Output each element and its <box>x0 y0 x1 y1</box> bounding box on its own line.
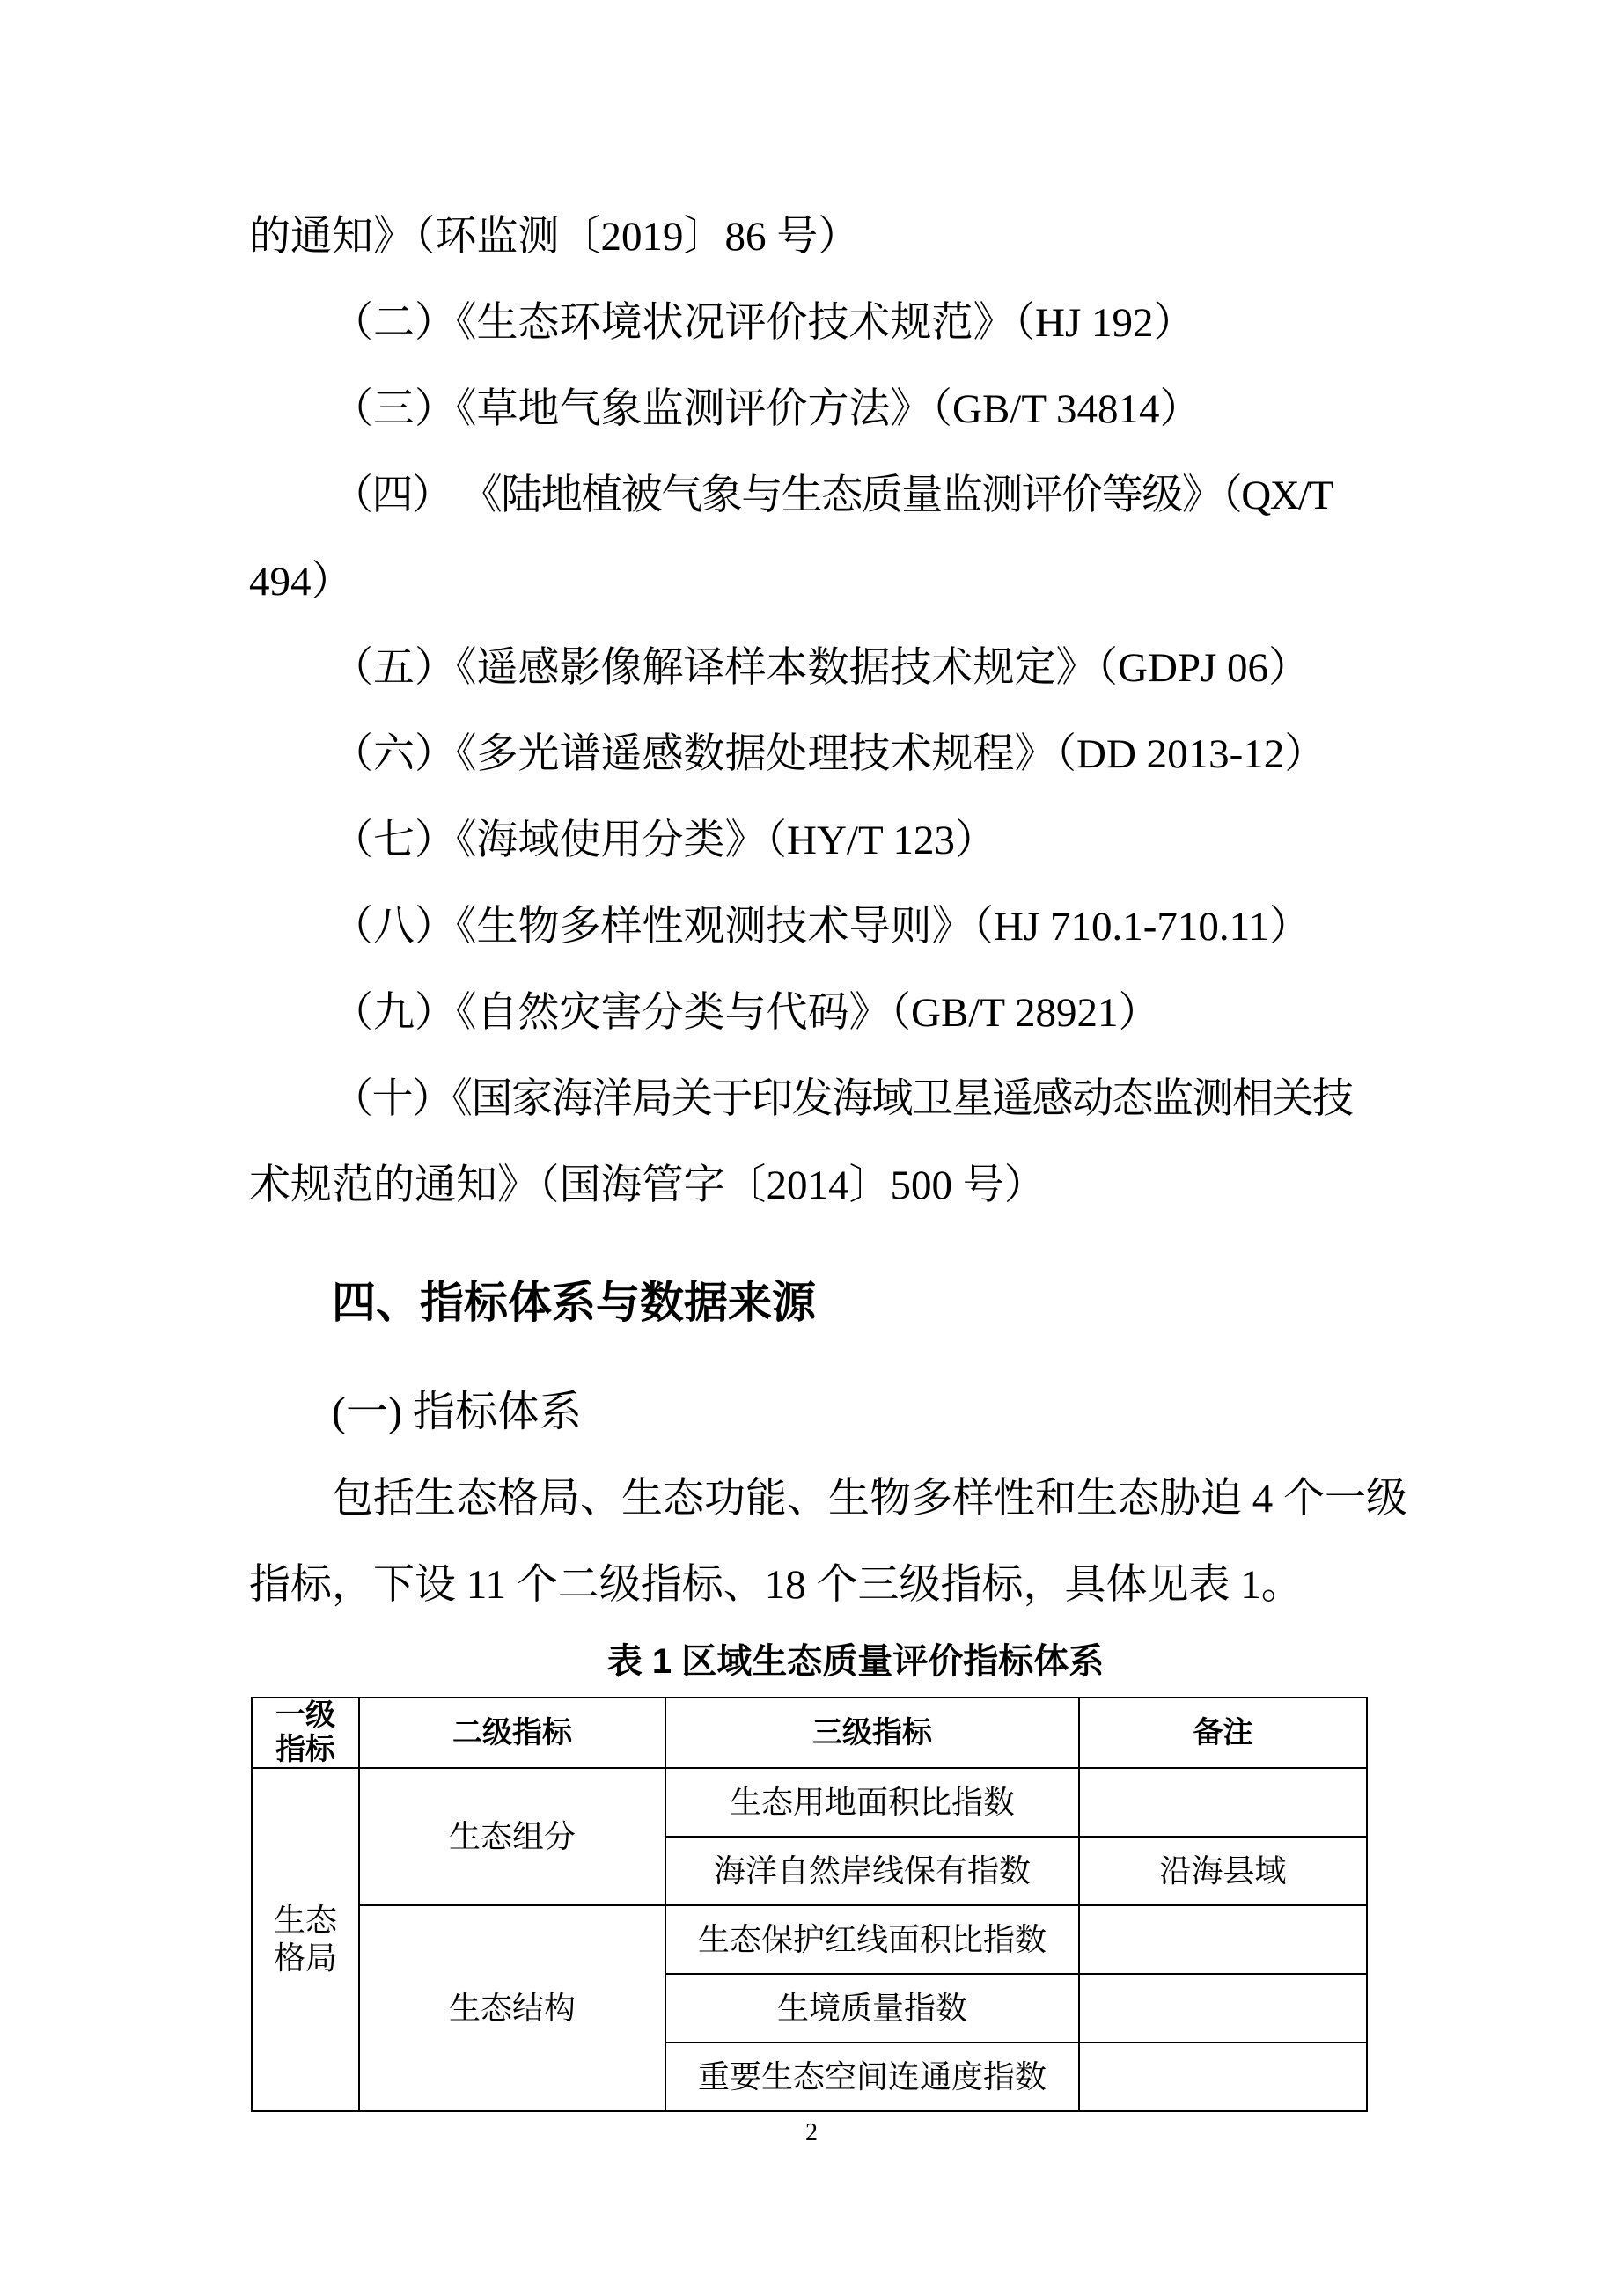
section-heading: 四、指标体系与数据来源 <box>249 1259 1374 1346</box>
table-cell-note <box>1079 1905 1367 1974</box>
table-header-note: 备注 <box>1079 1698 1367 1768</box>
table-row: 生态结构 生态保护红线面积比指数 <box>252 1905 1367 1974</box>
table-cell-level3: 生态保护红线面积比指数 <box>665 1905 1079 1974</box>
body-line-6: （五）《遥感影像解译样本数据技术规定》（GDPJ 06） <box>249 625 1374 711</box>
table-cell-level3: 生境质量指数 <box>665 1974 1079 2043</box>
table-cell-level2: 生态组分 <box>359 1768 665 1905</box>
table-cell-level3: 重要生态空间连通度指数 <box>665 2043 1079 2111</box>
body-line-3: （三）《草地气象监测评价方法》（GB/T 34814） <box>249 366 1374 452</box>
paragraph-line-1: 包括生态格局、生态功能、生物多样性和生态胁迫 4 个一级 <box>249 1456 1374 1542</box>
body-line-1: 的通知》（环监测〔2019〕86 号） <box>249 194 1374 280</box>
table-header-level2: 二级指标 <box>359 1698 665 1768</box>
table-header-level3: 三级指标 <box>665 1698 1079 1768</box>
table-cell-level1: 生态 格局 <box>252 1768 359 2111</box>
body-line-10: （九）《自然灾害分类与代码》（GB/T 28921） <box>249 970 1374 1056</box>
body-line-11: （十）《国家海洋局关于印发海域卫星遥感动态监测相关技 <box>249 1056 1374 1142</box>
table-row: 生态 格局 生态组分 生态用地面积比指数 <box>252 1768 1367 1837</box>
body-line-5: 494） <box>249 539 1374 625</box>
table-cell-level3: 海洋自然岸线保有指数 <box>665 1837 1079 1905</box>
subsection-heading: (一) 指标体系 <box>249 1369 1374 1456</box>
table-cell-note <box>1079 1974 1367 2043</box>
table-cell-note <box>1079 2043 1367 2111</box>
document-page: 的通知》（环监测〔2019〕86 号） （二）《生态环境状况评价技术规范》（HJ… <box>0 0 1623 2296</box>
table-cell-note: 沿海县域 <box>1079 1837 1367 1905</box>
page-number: 2 <box>0 2119 1623 2147</box>
table-title: 表 1 区域生态质量评价指标体系 <box>337 1635 1374 1688</box>
indicator-table: 一级 指标 二级指标 三级指标 备注 生态 格局 生态组分 生态用地面积比指数 … <box>251 1697 1368 2112</box>
page-content: 的通知》（环监测〔2019〕86 号） （二）《生态环境状况评价技术规范》（HJ… <box>0 0 1623 1688</box>
table-cell-level3: 生态用地面积比指数 <box>665 1768 1079 1837</box>
body-line-12: 术规范的通知》（国海管字〔2014〕500 号） <box>249 1142 1374 1229</box>
table-cell-note <box>1079 1768 1367 1837</box>
table-cell-level2: 生态结构 <box>359 1905 665 2111</box>
body-line-7: （六）《多光谱遥感数据处理技术规程》（DD 2013-12） <box>249 711 1374 797</box>
body-line-4: （四） 《陆地植被气象与生态质量监测评价等级》（QX/T <box>249 452 1374 539</box>
table-header-row: 一级 指标 二级指标 三级指标 备注 <box>252 1698 1367 1768</box>
paragraph-line-2: 指标，下设 11 个二级指标、18 个三级指标，具体见表 1。 <box>249 1542 1374 1628</box>
body-line-8: （七）《海域使用分类》（HY/T 123） <box>249 797 1374 884</box>
body-line-2: （二）《生态环境状况评价技术规范》（HJ 192） <box>249 280 1374 366</box>
body-line-9: （八）《生物多样性观测技术导则》（HJ 710.1-710.11） <box>249 884 1374 970</box>
table-header-level1: 一级 指标 <box>252 1698 359 1768</box>
